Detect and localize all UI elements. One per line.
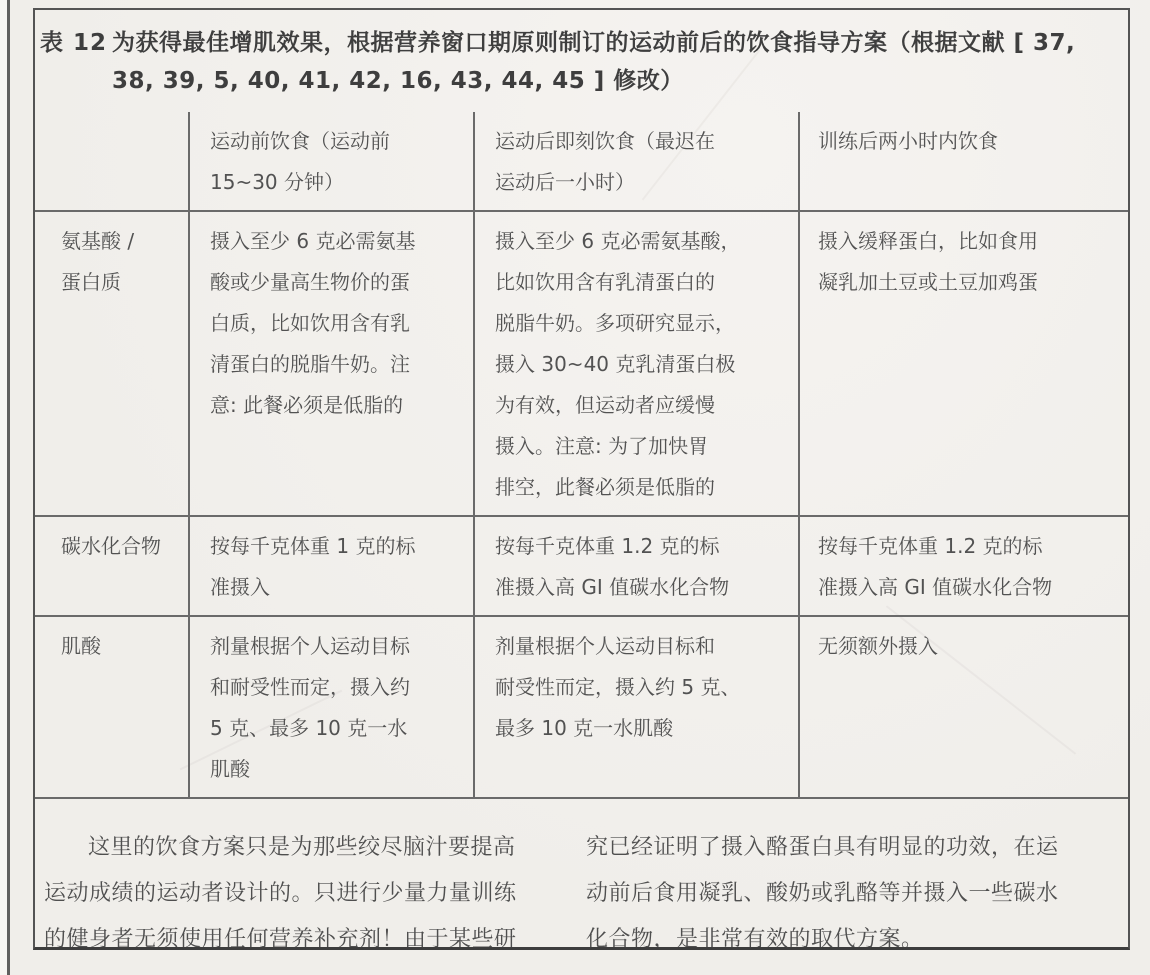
cell-creatine-pre-workout: 剂量根据个人运动目标 和耐受性而定，摄入约 5 克、最多 10 克一水 肌酸 xyxy=(190,617,475,799)
cell-carb-post-immediate: 按每千克体重 1.2 克的标 准摄入高 GI 值碳水化合物 xyxy=(475,517,800,617)
cell-amino-pre-workout: 摄入至少 6 克必需氨基 酸或少量高生物价的蛋 白质，比如饮用含有乳 清蛋白的脱… xyxy=(190,212,475,517)
col-header-post-workout-2h: 训练后两小时内饮食 xyxy=(800,112,1128,212)
body-paragraph-right-column: 究已经证明了摄入酪蛋白具有明显的功效，在运 动前后食用凝乳、酸奶或乳酪等并摄入一… xyxy=(586,825,1122,950)
row-label-carbohydrates: 碳水化合物 xyxy=(35,517,190,617)
col-header-post-workout-immediate: 运动后即刻饮食（最迟在 运动后一小时） xyxy=(475,112,800,212)
row-label-amino-acids-protein: 氨基酸 / 蛋白质 xyxy=(35,212,190,517)
cell-creatine-post-2h: 无须额外摄入 xyxy=(800,617,1128,799)
cell-carb-pre-workout: 按每千克体重 1 克的标 准摄入 xyxy=(190,517,475,617)
col-header-pre-workout: 运动前饮食（运动前 15~30 分钟） xyxy=(190,112,475,212)
cell-amino-post-2h: 摄入缓释蛋白，比如食用 凝乳加土豆或土豆加鸡蛋 xyxy=(800,212,1128,517)
table-caption: 表 12 为获得最佳增肌效果，根据营养窗口期原则制订的运动前后的饮食指导方案（根… xyxy=(35,10,1128,100)
page-edge-line xyxy=(7,0,10,975)
row-label-creatine: 肌酸 xyxy=(35,617,190,799)
scanned-book-page: { "caption": { "label": "表 12", "title":… xyxy=(0,0,1150,975)
table-number: 表 12 xyxy=(40,24,112,62)
cell-creatine-post-immediate: 剂量根据个人运动目标和 耐受性而定，摄入约 5 克、 最多 10 克一水肌酸 xyxy=(475,617,800,799)
body-paragraph-left-column: 这里的饮食方案只是为那些绞尽脑汁要提高 运动成绩的运动者设计的。只进行少量力量训… xyxy=(44,825,564,950)
body-text: 这里的饮食方案只是为那些绞尽脑汁要提高 运动成绩的运动者设计的。只进行少量力量训… xyxy=(35,799,1128,950)
cell-amino-post-immediate: 摄入至少 6 克必需氨基酸， 比如饮用含有乳清蛋白的 脱脂牛奶。多项研究显示， … xyxy=(475,212,800,517)
content-box: 表 12 为获得最佳增肌效果，根据营养窗口期原则制订的运动前后的饮食指导方案（根… xyxy=(33,8,1130,950)
nutrition-table: 运动前饮食（运动前 15~30 分钟） 运动后即刻饮食（最迟在 运动后一小时） … xyxy=(35,112,1128,799)
page-edge-strip xyxy=(0,0,7,975)
table-title: 为获得最佳增肌效果，根据营养窗口期原则制订的运动前后的饮食指导方案（根据文献 [… xyxy=(112,24,1114,100)
cell-carb-post-2h: 按每千克体重 1.2 克的标 准摄入高 GI 值碳水化合物 xyxy=(800,517,1128,617)
col-header-empty xyxy=(35,112,190,212)
